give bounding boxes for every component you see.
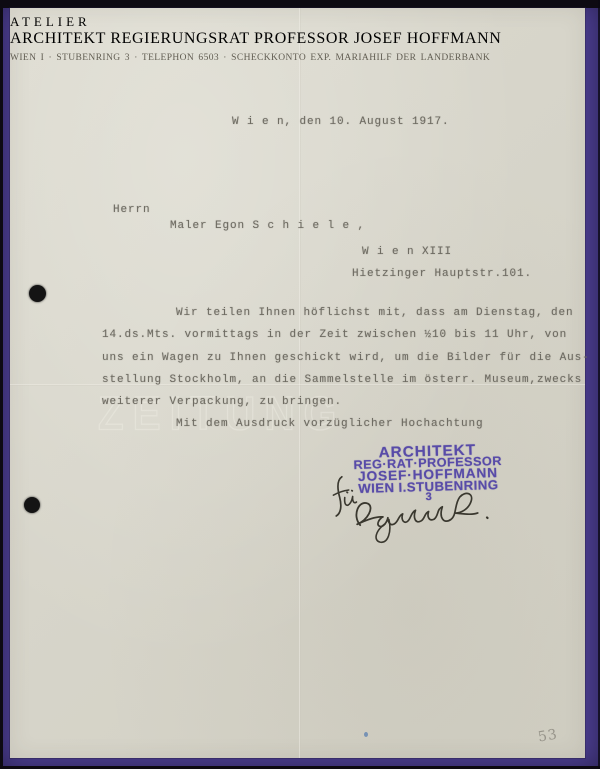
body-line-4: stellung Stockholm, an die Sammelstelle … [102, 374, 582, 386]
body-line-1: Wir teilen Ihnen höflichst mit, dass am … [176, 307, 574, 319]
frame-edge-left [0, 0, 3, 769]
body-line-2: 14.ds.Mts. vormittags in der Zeit zwisch… [102, 329, 567, 341]
page-number-pencil: 53 [537, 726, 559, 745]
letterhead-atelier: ATELIER [10, 14, 559, 30]
letter-paper: ZEITUNG ATELIER ARCHITEKT REGIERUNGSRAT … [10, 8, 585, 758]
signature-scrawl [342, 482, 497, 557]
recipient-name: Maler Egon S c h i e l e , [170, 220, 365, 232]
punch-hole-bottom [24, 497, 40, 513]
photographed-letter-scene: ZEITUNG ATELIER ARCHITEKT REGIERUNGSRAT … [0, 0, 600, 769]
recipient-street: Hietzinger Hauptstr.101. [352, 268, 532, 280]
blue-ink-speck [364, 732, 368, 737]
punch-hole-top [29, 285, 46, 302]
recipient-salutation: Herrn [113, 204, 151, 216]
letterhead-address-line: WIEN I · STUBENRING 3 · TELEPHON 6503 · … [10, 53, 559, 63]
recipient-city: W i e n XIII [362, 246, 452, 258]
date-line: W i e n, den 10. August 1917. [232, 116, 450, 128]
closing-line: Mit dem Ausdruck vorzüglicher Hochachtun… [176, 418, 484, 430]
body-line-3: uns ein Wagen zu Ihnen geschickt wird, u… [102, 352, 590, 364]
signature-handwriting-icon [342, 482, 497, 552]
frame-edge-top [0, 0, 600, 8]
letterhead-architect-name: ARCHITEKT REGIERUNGSRAT PROFESSOR JOSEF … [10, 30, 559, 48]
body-line-5: weiterer Verpackung, zu bringen. [102, 396, 342, 408]
